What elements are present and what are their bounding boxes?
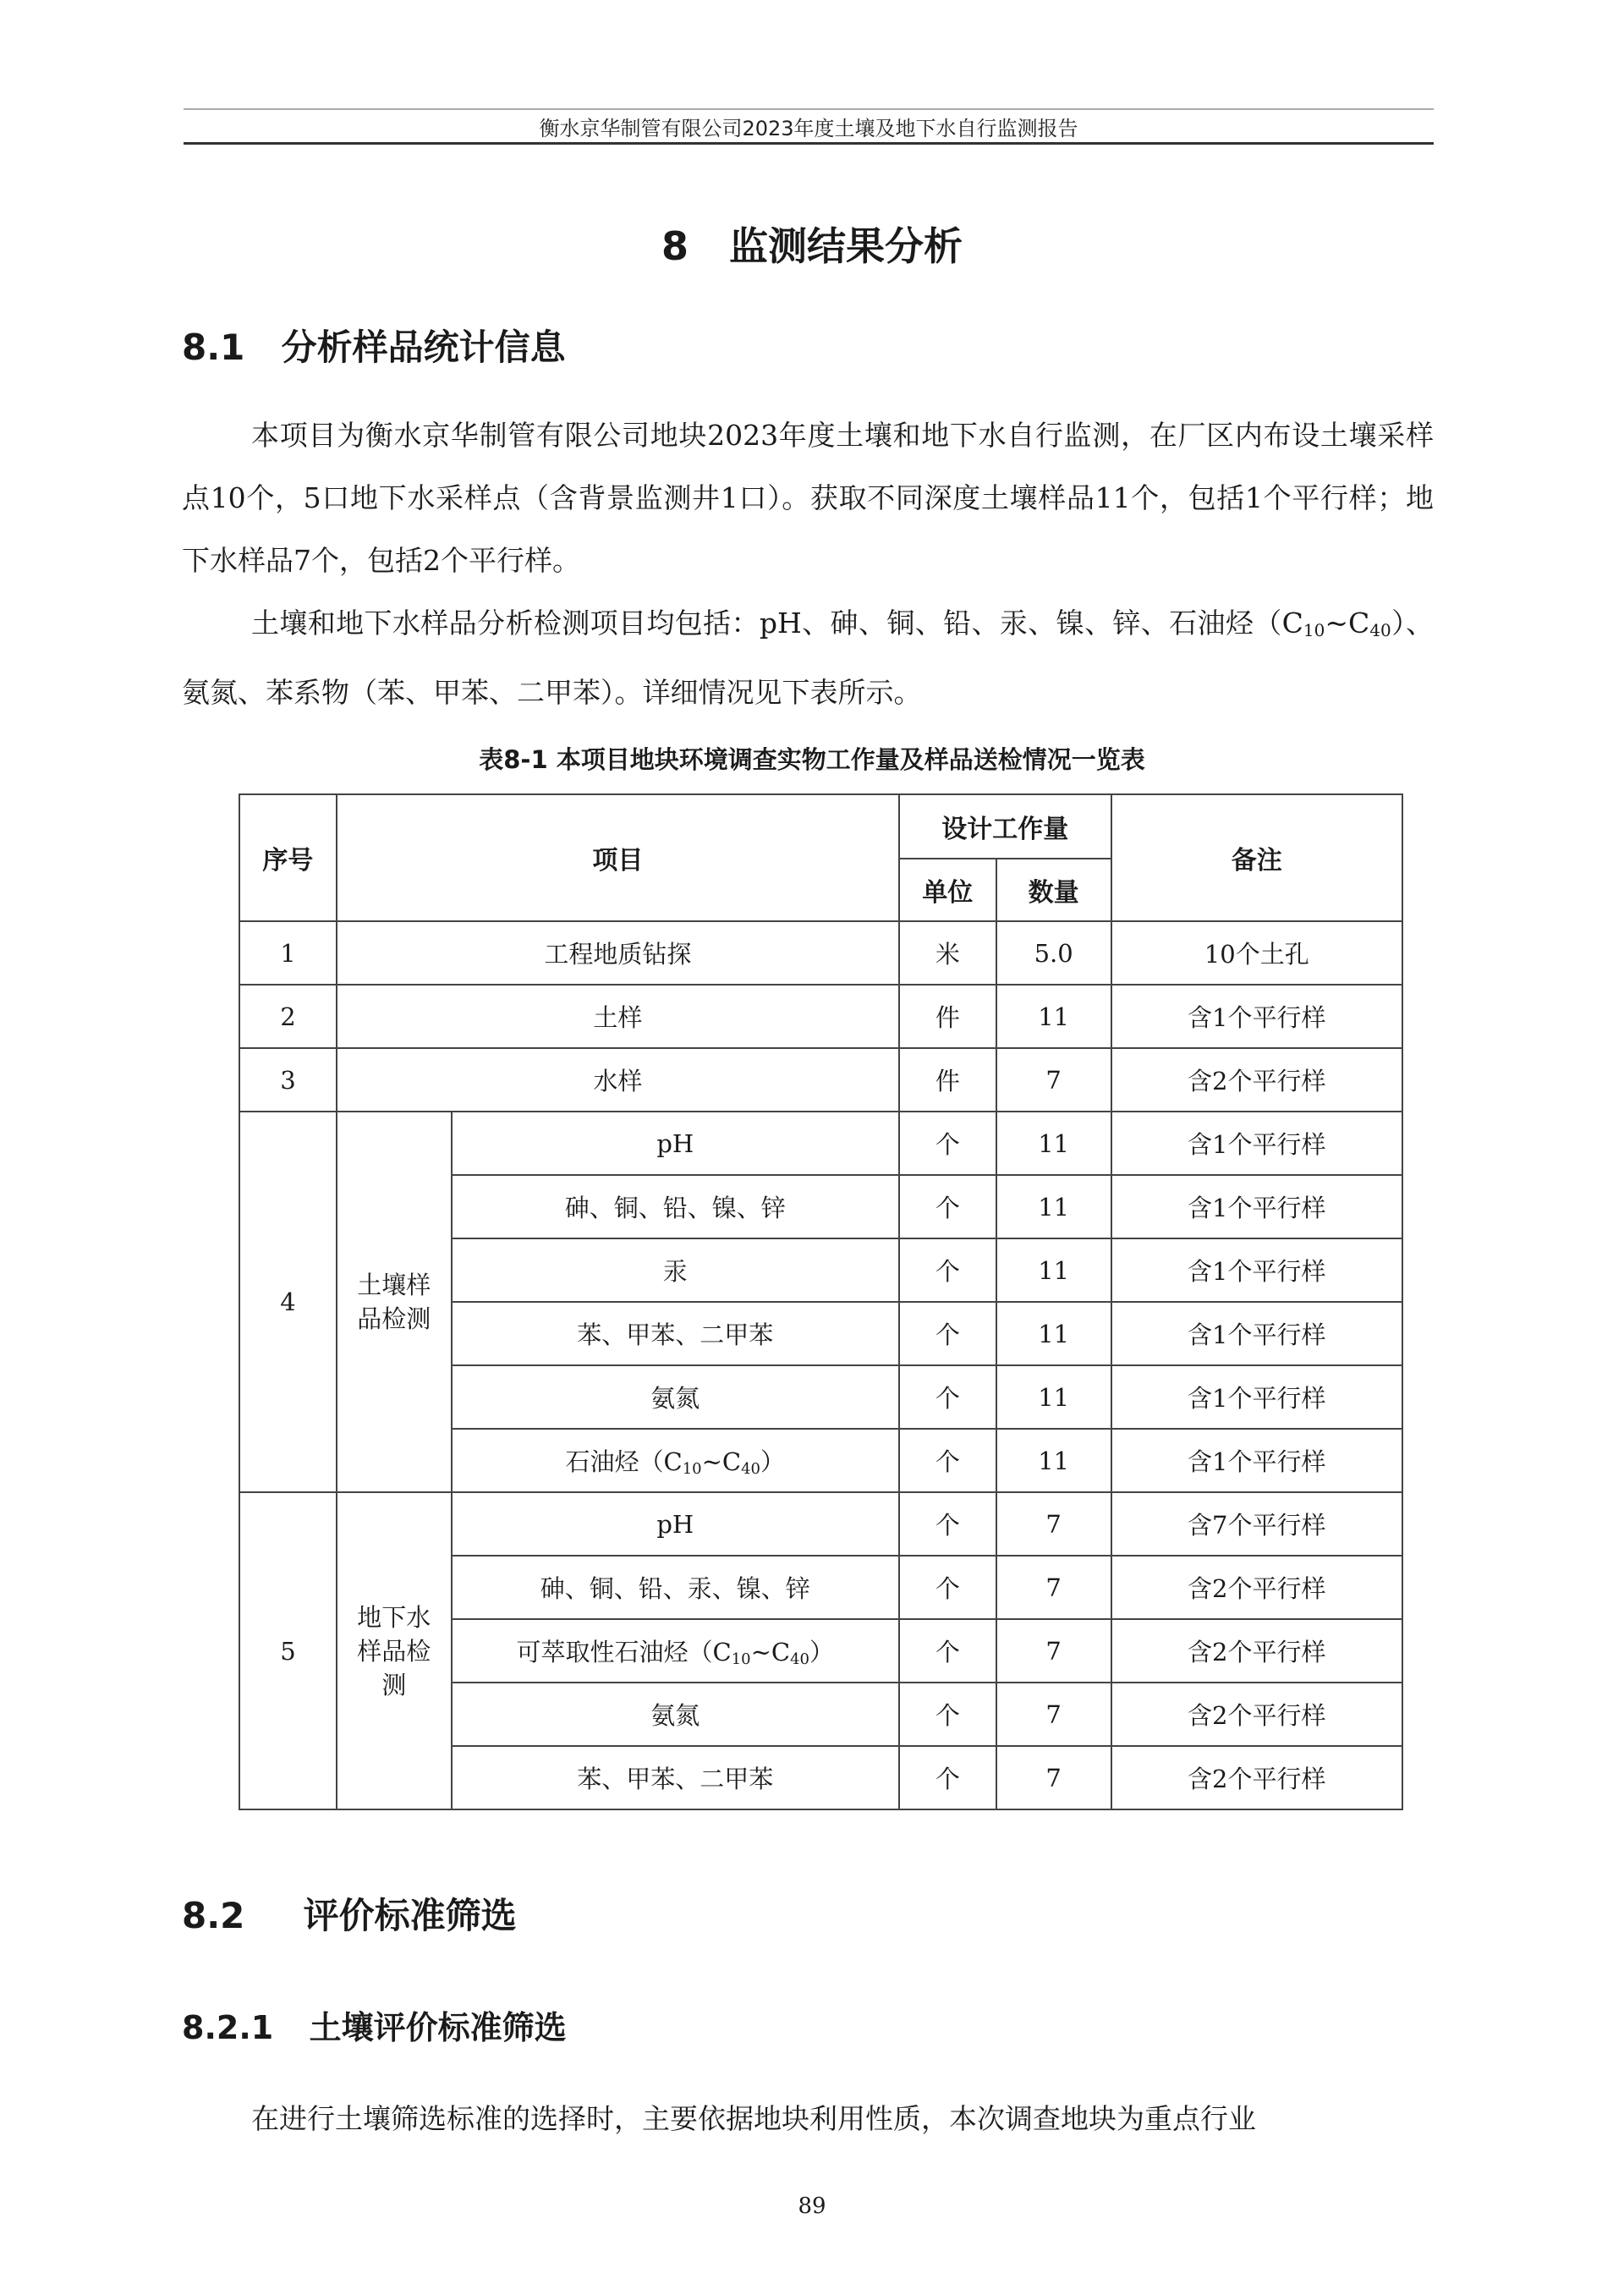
header-seq: 序号 xyxy=(239,794,337,921)
cell-seq: 1 xyxy=(239,921,337,985)
subscript: 10 xyxy=(1303,620,1325,640)
cell-qty: 7 xyxy=(996,1683,1111,1746)
cell-item: 氨氮 xyxy=(452,1365,899,1429)
cell-qty: 11 xyxy=(996,985,1111,1048)
cell-unit: 个 xyxy=(899,1302,996,1365)
cell-item: 苯、甲苯、二甲苯 xyxy=(452,1302,899,1365)
category-line: 样品检 xyxy=(337,1634,451,1668)
text: ~C xyxy=(751,1638,791,1666)
cell-remark: 含1个平行样 xyxy=(1111,1112,1402,1175)
subscript: 40 xyxy=(1369,620,1391,640)
section-8-2-1-heading: 8.2.1 土壤评价标准筛选 xyxy=(182,2001,567,2048)
subscript: 40 xyxy=(741,1460,760,1478)
cell-unit: 个 xyxy=(899,1492,996,1556)
header-remark: 备注 xyxy=(1111,794,1402,921)
cell-qty: 11 xyxy=(996,1175,1111,1238)
table-row: 4 土壤样 品检测 pH 个 11 含1个平行样 xyxy=(239,1112,1402,1175)
header-design-workload: 设计工作量 xyxy=(899,794,1111,859)
cell-item: 苯、甲苯、二甲苯 xyxy=(452,1746,899,1809)
cell-remark: 含2个平行样 xyxy=(1111,1619,1402,1683)
cell-item: 石油烃（C10~C40） xyxy=(452,1429,899,1492)
text: 可萃取性石油烃（C xyxy=(516,1638,731,1666)
page-header: 衡水京华制管有限公司2023年度土壤及地下水自行监测报告 xyxy=(184,108,1434,147)
cell-unit: 个 xyxy=(899,1238,996,1302)
cell-unit: 个 xyxy=(899,1556,996,1619)
table-row: 3 水样 件 7 含2个平行样 xyxy=(239,1048,1402,1112)
cell-item: 土样 xyxy=(337,985,899,1048)
section-title: 评价标准筛选 xyxy=(304,1895,517,1936)
category-line: 品检测 xyxy=(337,1302,451,1336)
section-number: 8.1 xyxy=(182,327,244,368)
cell-category: 土壤样 品检测 xyxy=(337,1112,452,1492)
cell-seq: 2 xyxy=(239,985,337,1048)
header-title: 衡水京华制管有限公司2023年度土壤及地下水自行监测报告 xyxy=(184,112,1434,141)
cell-item: pH xyxy=(452,1112,899,1175)
cell-remark: 含1个平行样 xyxy=(1111,1302,1402,1365)
soil-standard-paragraph: 在进行土壤筛选标准的选择时，主要依据地块利用性质，本次调查地块为重点行业 xyxy=(182,2088,1434,2150)
intro-paragraph: 本项目为衡水京华制管有限公司地块2023年度土壤和地下水自行监测，在厂区内布设土… xyxy=(182,404,1434,592)
cell-remark: 含7个平行样 xyxy=(1111,1492,1402,1556)
cell-qty: 7 xyxy=(996,1746,1111,1809)
text: ~C xyxy=(1325,607,1369,640)
cell-qty: 11 xyxy=(996,1429,1111,1492)
category-line: 地下水 xyxy=(337,1600,451,1634)
cell-item: 汞 xyxy=(452,1238,899,1302)
cell-qty: 11 xyxy=(996,1238,1111,1302)
cell-item: pH xyxy=(452,1492,899,1556)
chapter-title: 8监测结果分析 xyxy=(0,216,1624,272)
sample-workload-table: 序号 项目 设计工作量 备注 单位 数量 1 工程地质钻探 米 5.0 10个土… xyxy=(239,793,1403,1810)
section-title: 土壤评价标准筛选 xyxy=(310,2009,567,2046)
cell-item: 砷、铜、铅、汞、镍、锌 xyxy=(452,1556,899,1619)
header-unit: 单位 xyxy=(899,859,996,921)
text: 石油烃（C xyxy=(565,1447,682,1476)
cell-unit: 个 xyxy=(899,1175,996,1238)
cell-unit: 个 xyxy=(899,1746,996,1809)
text: ~C xyxy=(702,1447,742,1476)
chapter-title-text: 监测结果分析 xyxy=(729,223,963,269)
table-row: 2 土样 件 11 含1个平行样 xyxy=(239,985,1402,1048)
text: ） xyxy=(809,1638,834,1666)
cell-seq: 5 xyxy=(239,1492,337,1809)
cell-qty: 7 xyxy=(996,1492,1111,1556)
cell-unit: 个 xyxy=(899,1112,996,1175)
cell-unit: 米 xyxy=(899,921,996,985)
cell-seq: 3 xyxy=(239,1048,337,1112)
header-item: 项目 xyxy=(337,794,899,921)
cell-remark: 含1个平行样 xyxy=(1111,1238,1402,1302)
cell-item: 水样 xyxy=(337,1048,899,1112)
cell-remark: 含2个平行样 xyxy=(1111,1048,1402,1112)
cell-item: 砷、铜、铅、镍、锌 xyxy=(452,1175,899,1238)
subscript: 40 xyxy=(790,1650,809,1668)
analysis-items-paragraph: 土壤和地下水样品分析检测项目均包括：pH、砷、铜、铅、汞、镍、锌、石油烃（C10… xyxy=(182,592,1434,724)
text: 土壤和地下水样品分析检测项目均包括：pH、砷、铜、铅、汞、镍、锌、石油烃（C xyxy=(251,607,1303,640)
cell-qty: 7 xyxy=(996,1556,1111,1619)
cell-remark: 含2个平行样 xyxy=(1111,1683,1402,1746)
cell-item: 工程地质钻探 xyxy=(337,921,899,985)
subscript: 10 xyxy=(732,1650,751,1668)
table-row: 1 工程地质钻探 米 5.0 10个土孔 xyxy=(239,921,1402,985)
cell-seq: 4 xyxy=(239,1112,337,1492)
cell-remark: 含1个平行样 xyxy=(1111,1429,1402,1492)
cell-remark: 含2个平行样 xyxy=(1111,1746,1402,1809)
section-title: 分析样品统计信息 xyxy=(282,327,566,368)
cell-qty: 11 xyxy=(996,1365,1111,1429)
cell-qty: 7 xyxy=(996,1048,1111,1112)
section-8-2-heading: 8.2 评价标准筛选 xyxy=(182,1888,517,1939)
cell-item: 可萃取性石油烃（C10~C40） xyxy=(452,1619,899,1683)
cell-category: 地下水 样品检 测 xyxy=(337,1492,452,1809)
cell-item: 氨氮 xyxy=(452,1683,899,1746)
cell-remark: 含2个平行样 xyxy=(1111,1556,1402,1619)
table-row: 5 地下水 样品检 测 pH 个 7 含7个平行样 xyxy=(239,1492,1402,1556)
cell-qty: 7 xyxy=(996,1619,1111,1683)
header-top-rule xyxy=(184,108,1434,110)
cell-unit: 件 xyxy=(899,985,996,1048)
cell-qty: 11 xyxy=(996,1302,1111,1365)
header-bottom-rule xyxy=(184,142,1434,145)
category-line: 测 xyxy=(337,1668,451,1702)
cell-qty: 11 xyxy=(996,1112,1111,1175)
text: ） xyxy=(760,1447,785,1476)
cell-remark: 含1个平行样 xyxy=(1111,1365,1402,1429)
category-line: 土壤样 xyxy=(337,1268,451,1302)
cell-qty: 5.0 xyxy=(996,921,1111,985)
section-8-1-heading: 8.1 分析样品统计信息 xyxy=(182,320,566,371)
cell-unit: 件 xyxy=(899,1048,996,1112)
cell-remark: 含1个平行样 xyxy=(1111,985,1402,1048)
cell-unit: 个 xyxy=(899,1365,996,1429)
section-number: 8.2.1 xyxy=(182,2009,273,2046)
chapter-number: 8 xyxy=(661,223,689,269)
page-number: 89 xyxy=(0,2193,1624,2219)
cell-unit: 个 xyxy=(899,1683,996,1746)
subscript: 10 xyxy=(683,1460,702,1478)
header-qty: 数量 xyxy=(996,859,1111,921)
cell-unit: 个 xyxy=(899,1619,996,1683)
section-number: 8.2 xyxy=(182,1895,244,1936)
cell-unit: 个 xyxy=(899,1429,996,1492)
cell-remark: 含1个平行样 xyxy=(1111,1175,1402,1238)
table-caption: 表8-1 本项目地块环境调查实物工作量及样品送检情况一览表 xyxy=(0,741,1624,776)
cell-remark: 10个土孔 xyxy=(1111,921,1402,985)
table-header-row: 序号 项目 设计工作量 备注 xyxy=(239,794,1402,859)
